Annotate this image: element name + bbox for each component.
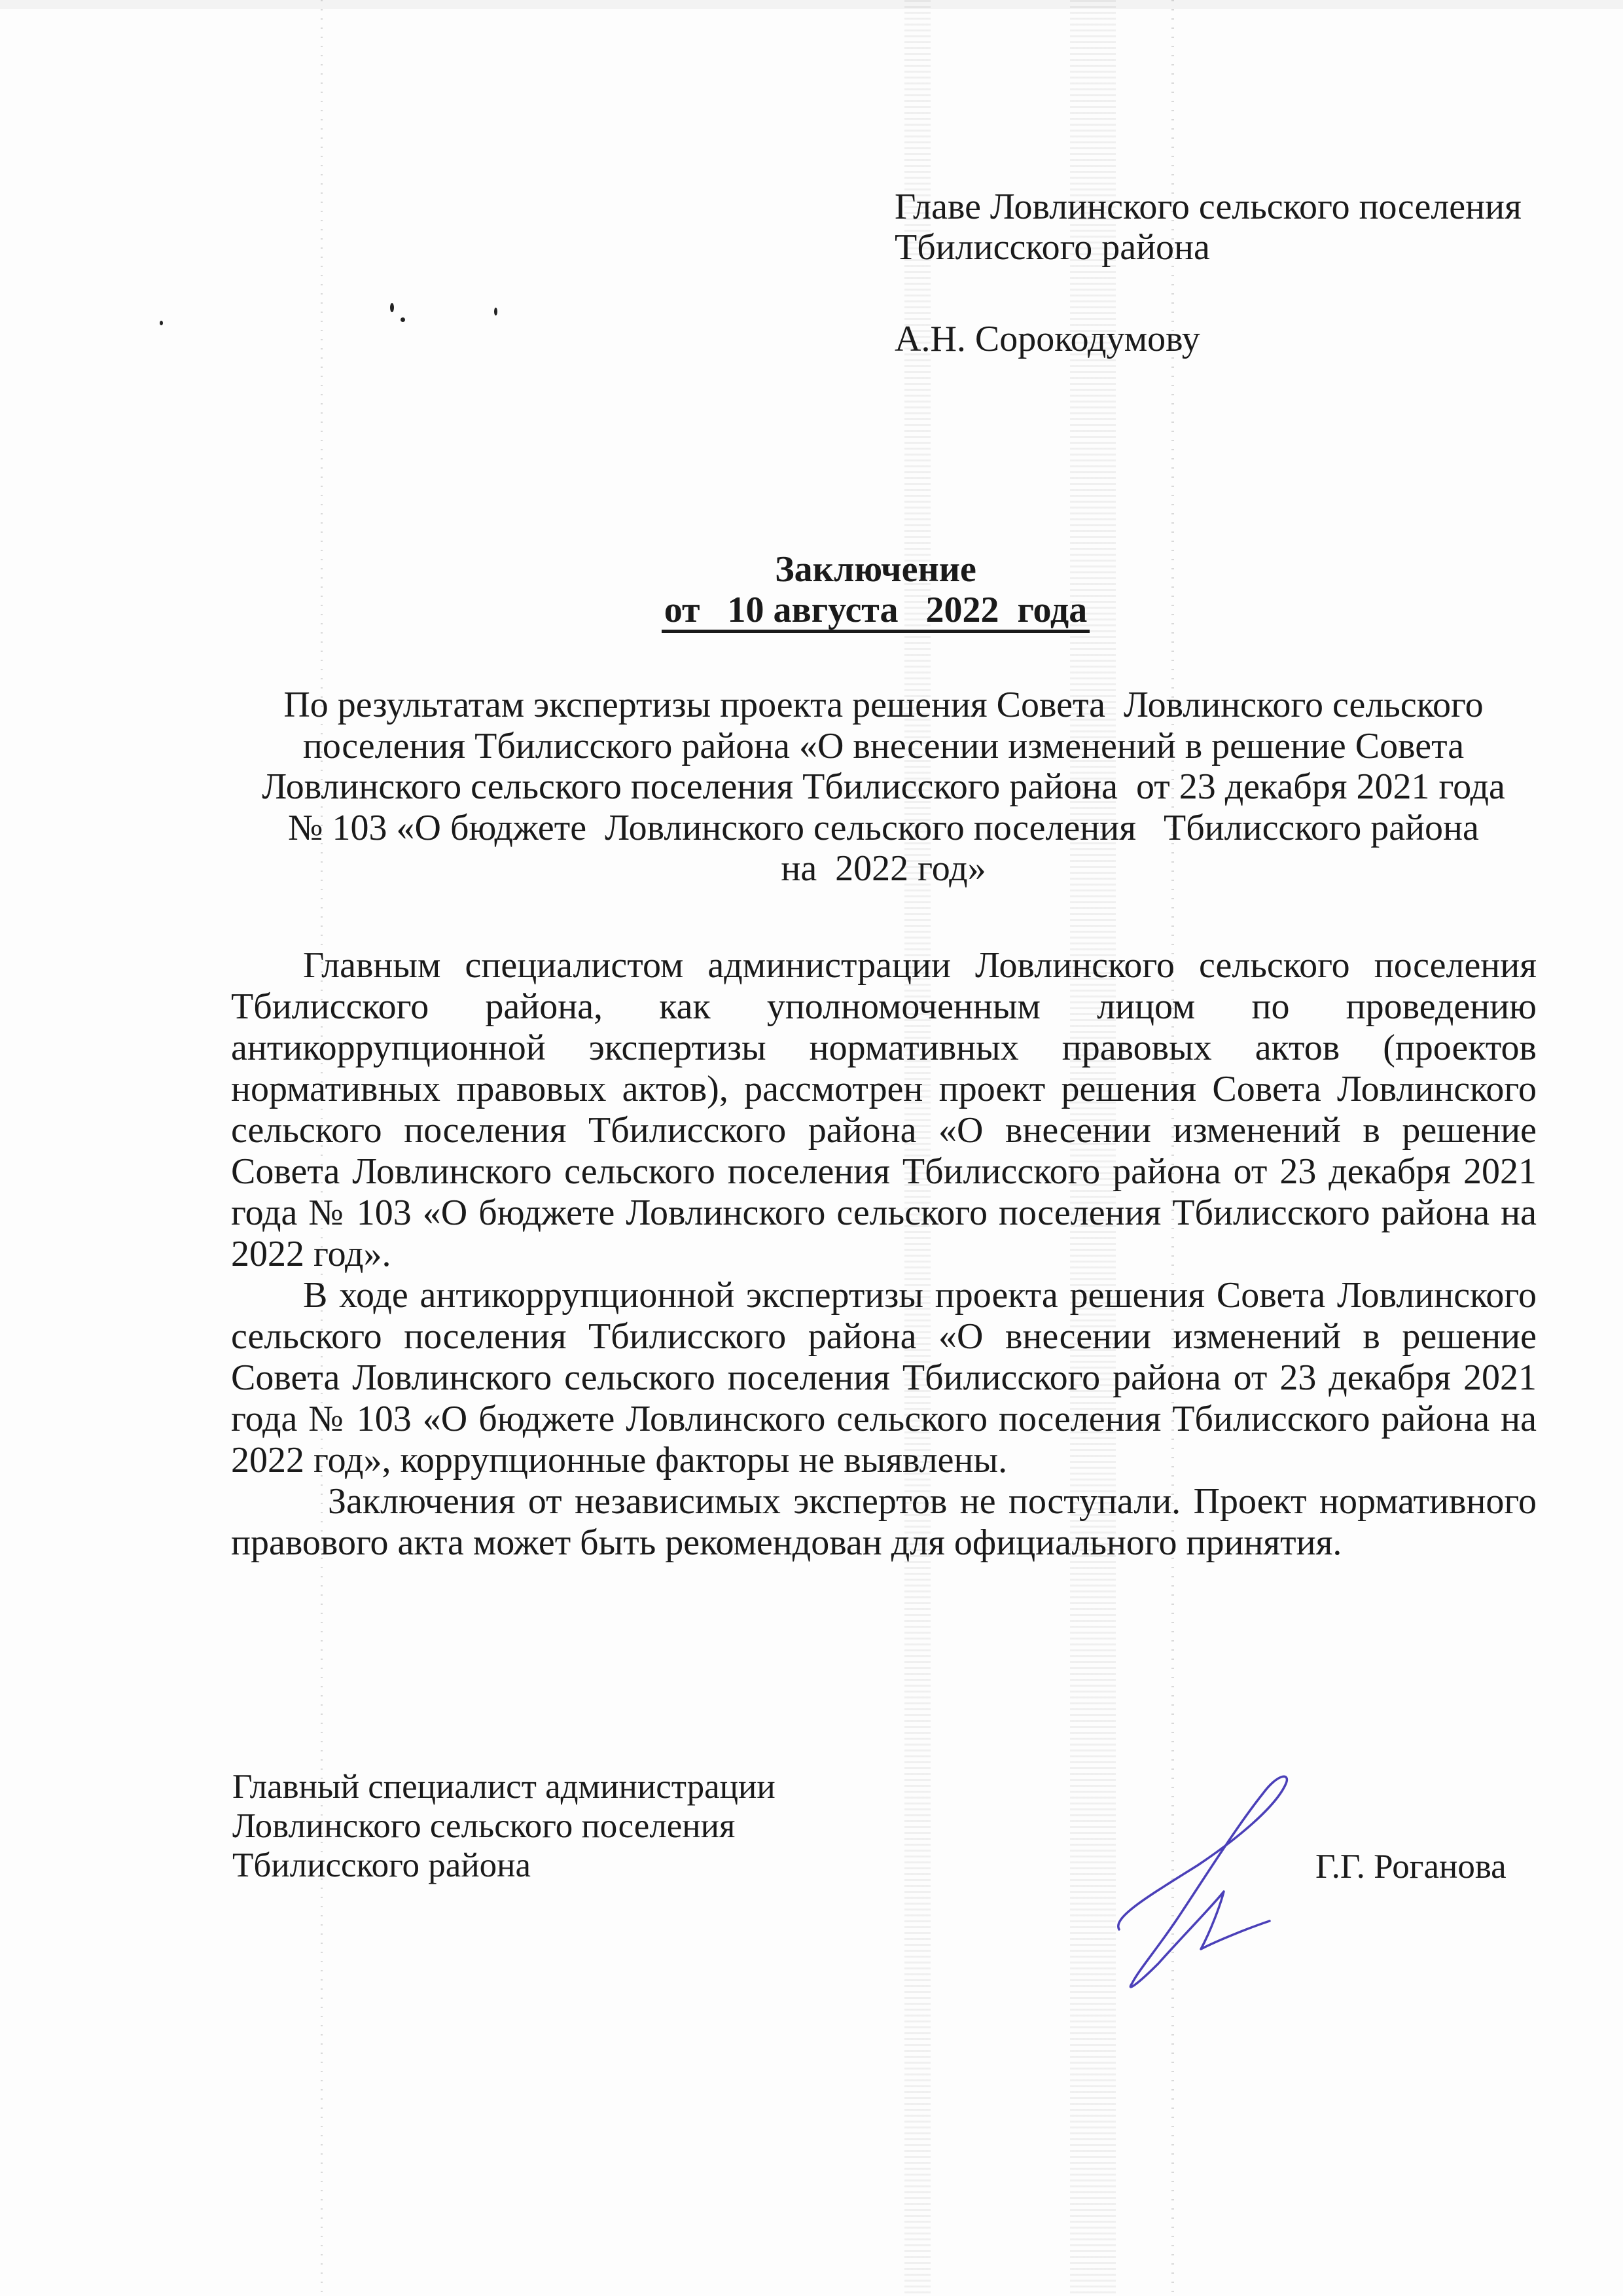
addressee-line: Главе Ловлинского сельского поселения: [895, 187, 1522, 227]
subject-line: поселения Тбилисского района «О внесении…: [216, 726, 1551, 767]
scan-speck: [401, 317, 405, 322]
document-title: Заключение: [0, 548, 1623, 590]
body-paragraph: Заключения от независимых экспертов не п…: [231, 1481, 1537, 1564]
addressee-line: Тбилисского района: [895, 227, 1522, 268]
body-paragraph: В ходе антикоррупционной экспертизы прое…: [231, 1275, 1537, 1481]
addressee-block: Главе Ловлинского сельского поселения Тб…: [895, 187, 1522, 359]
document-subject: По результатам экспертизы проекта решени…: [216, 685, 1551, 889]
subject-line: на 2022 год»: [216, 848, 1551, 889]
signer-name: Г.Г. Роганова: [1315, 1847, 1507, 1886]
subject-line: № 103 «О бюджете Ловлинского сельского п…: [216, 808, 1551, 849]
scan-speck: [390, 303, 394, 312]
addressee-name: А.Н. Сорокодумову: [895, 319, 1522, 359]
signer-position-line: Главный специалист администрации: [232, 1767, 776, 1806]
scan-speck: [160, 321, 163, 325]
signer-position: Главный специалист администрации Ловлинс…: [232, 1767, 776, 1885]
subject-line: По результатам экспертизы проекта решени…: [216, 685, 1551, 726]
document-body: Главным специалистом администрации Ловли…: [231, 945, 1537, 1564]
handwritten-signature-icon: [1106, 1767, 1302, 1990]
scan-speck: [494, 308, 497, 315]
subject-line: Ловлинского сельского поселения Тбилисск…: [216, 766, 1551, 808]
signer-position-line: Ловлинского сельского поселения: [232, 1806, 776, 1846]
scan-edge: [0, 0, 1623, 9]
document-heading: Заключение от 10 августа 2022 года: [0, 548, 1623, 633]
body-paragraph: Главным специалистом администрации Ловли…: [231, 945, 1537, 1275]
signer-position-line: Тбилисского района: [232, 1846, 776, 1885]
document-date: от 10 августа 2022 года: [662, 590, 1090, 633]
